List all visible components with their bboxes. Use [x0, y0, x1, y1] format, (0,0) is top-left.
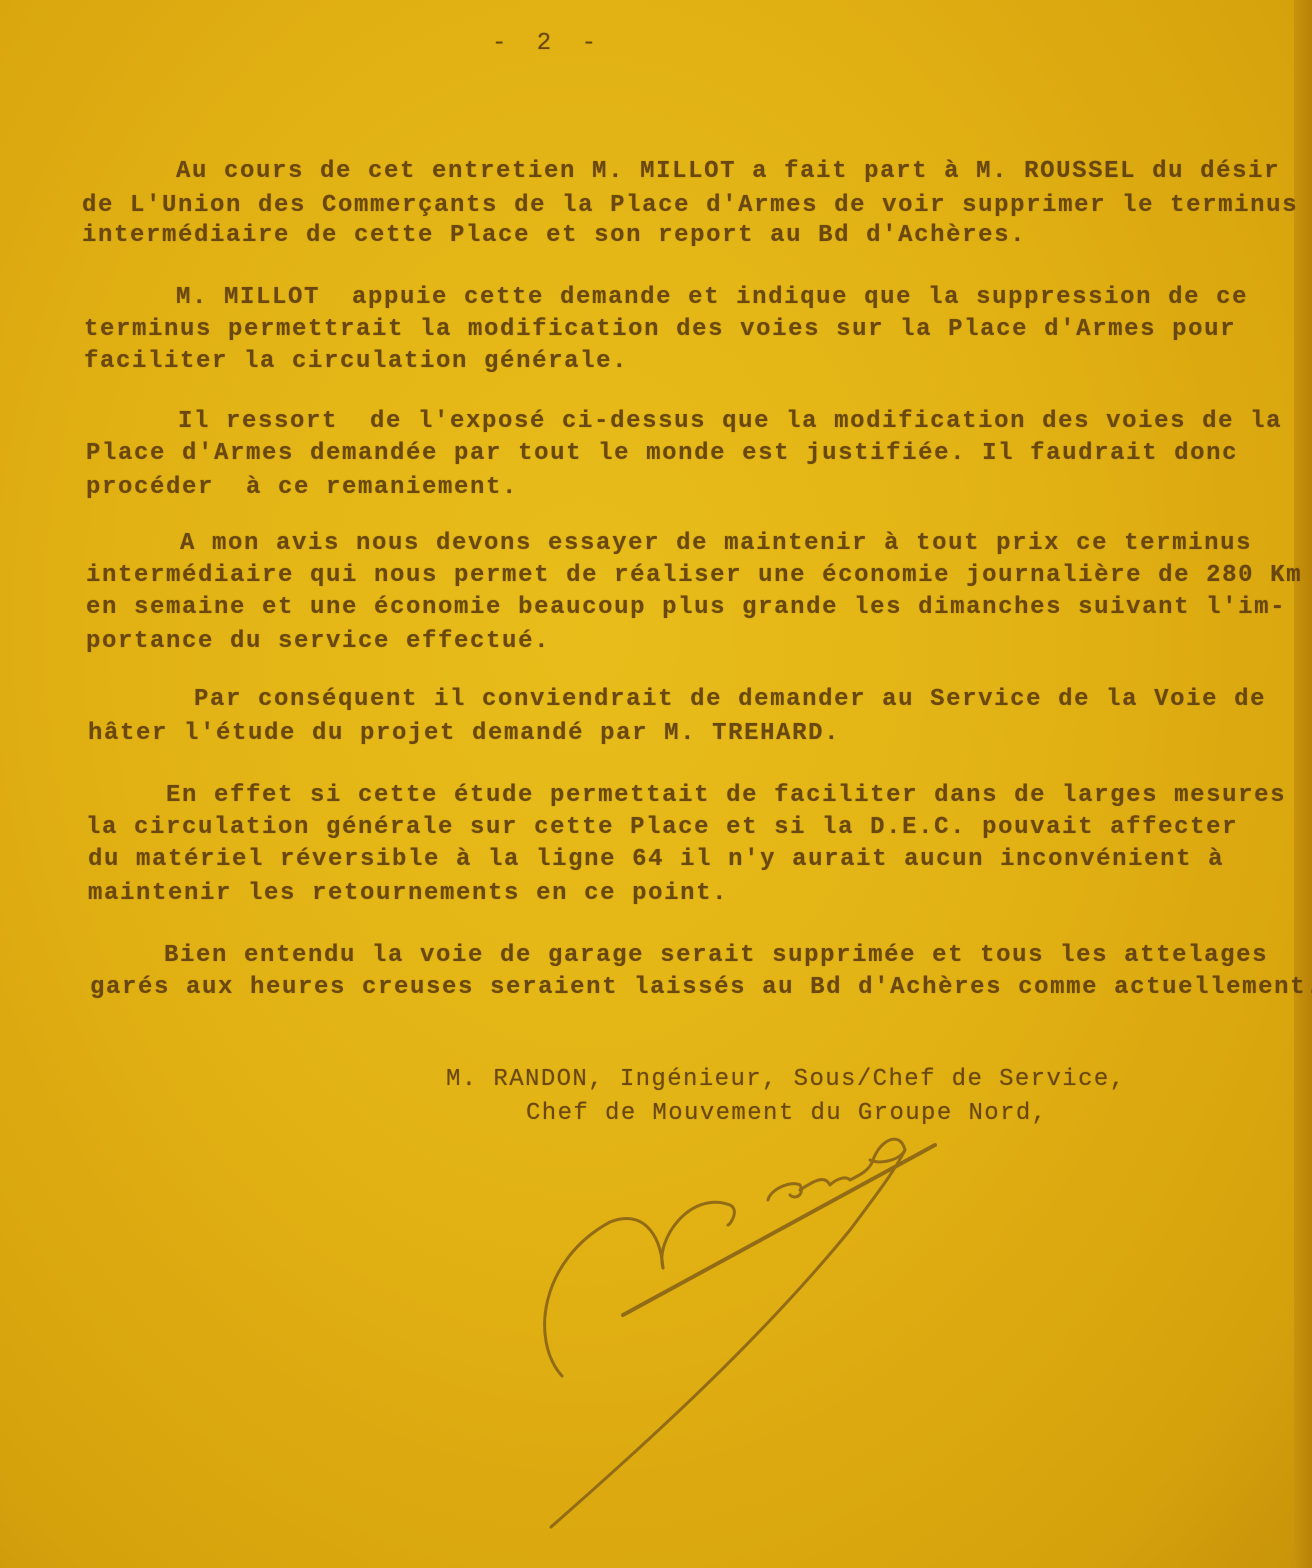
paragraph-6-line-4: maintenir les retournements en ce point.	[88, 880, 728, 907]
paragraph-4-line-1: A mon avis nous devons essayer de mainte…	[180, 530, 1252, 557]
paragraph-7-line-1: Bien entendu la voie de garage serait su…	[164, 942, 1268, 969]
page-edge	[1294, 0, 1312, 1568]
paragraph-1-line-1: Au cours de cet entretien M. MILLOT a fa…	[176, 158, 1280, 185]
paragraph-5-line-2: hâter l'étude du projet demandé par M. T…	[88, 720, 840, 747]
paragraph-5-line-1: Par conséquent il conviendrait de demand…	[194, 686, 1266, 713]
paragraph-1-line-2: de L'Union des Commerçants de la Place d…	[82, 192, 1298, 219]
paragraph-3-line-3: procéder à ce remaniement.	[86, 474, 518, 501]
paragraph-3-line-2: Place d'Armes demandée par tout le monde…	[86, 440, 1238, 467]
paragraph-4-line-3: en semaine et une économie beaucoup plus…	[86, 594, 1286, 621]
signatory-title-line-1: M. RANDON, Ingénieur, Sous/Chef de Servi…	[446, 1066, 1126, 1093]
paragraph-2-line-3: faciliter la circulation générale.	[84, 348, 628, 375]
paragraph-7-line-2: garés aux heures creuses seraient laissé…	[90, 974, 1312, 1001]
page-number: - 2 -	[492, 30, 604, 57]
signatory-title-line-2: Chef de Mouvement du Groupe Nord,	[526, 1100, 1047, 1127]
paragraph-6-line-2: la circulation générale sur cette Place …	[86, 814, 1238, 841]
paragraph-6-line-1: En effet si cette étude permettait de fa…	[166, 782, 1286, 809]
paragraph-1-line-3: intermédiaire de cette Place et son repo…	[82, 222, 1026, 249]
paragraph-4-line-4: portance du service effectué.	[86, 628, 550, 655]
paragraph-4-line-2: intermédiaire qui nous permet de réalise…	[86, 562, 1302, 589]
paragraph-2-line-1: M. MILLOT appuie cette demande et indiqu…	[176, 284, 1248, 311]
paragraph-2-line-2: terminus permettrait la modification des…	[84, 316, 1236, 343]
paragraph-6-line-3: du matériel réversible à la ligne 64 il …	[88, 846, 1224, 873]
paragraph-3-line-1: Il ressort de l'exposé ci-dessus que la …	[178, 408, 1282, 435]
